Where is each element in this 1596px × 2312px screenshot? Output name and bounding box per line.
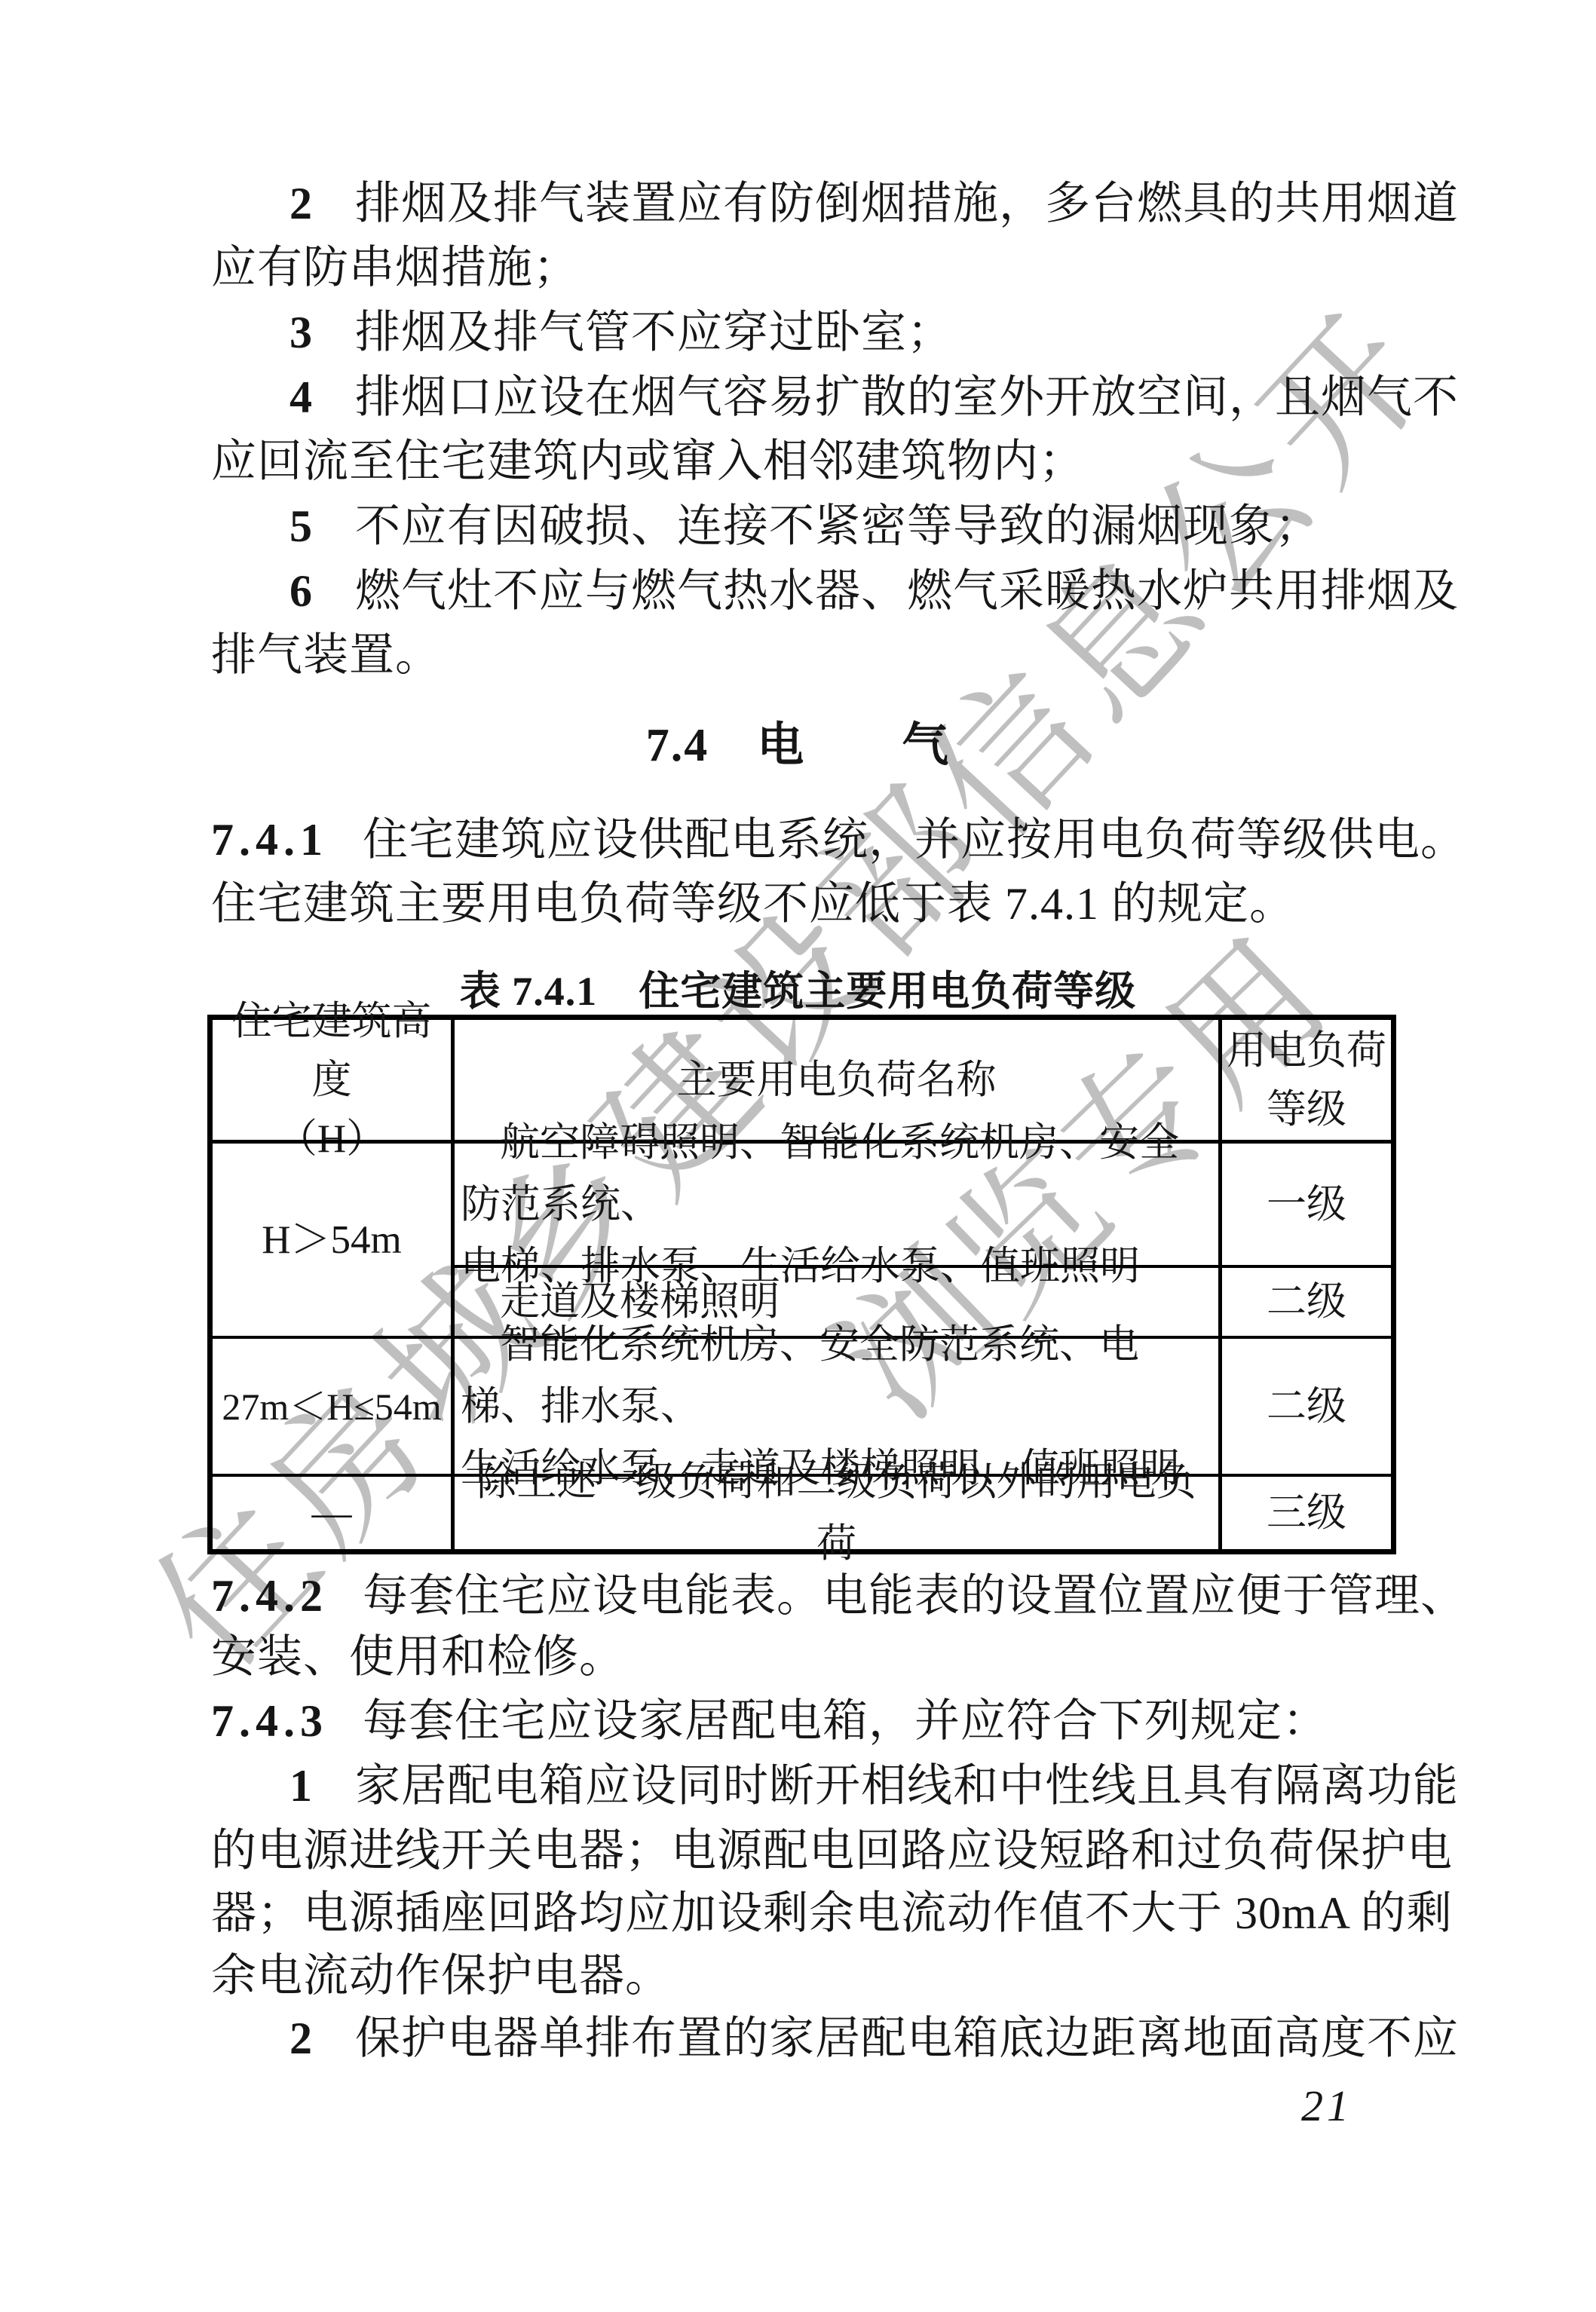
table-cell-level-r4: 三级: [1218, 1474, 1391, 1549]
clause-text: 住宅建筑主要用电负荷等级不应低于表 7.4.1 的规定。: [211, 879, 1295, 929]
clause-number: 5: [289, 501, 313, 551]
clause-741-line-1: 7.4.1住宅建筑应设供配电系统，并应按用电负荷等级供电。: [211, 813, 1466, 866]
table-cell-load-r4: 除上述一级负荷和二级负荷以外的用电负荷: [451, 1474, 1218, 1549]
clause-4-line-2: 应回流至住宅建筑内或窜入相邻建筑物内；: [211, 435, 1085, 488]
clause-text: 器；电源插座回路均应加设剩余电流动作值不大于 30mA 的剩: [211, 1888, 1453, 1938]
clause-6-line-2: 排气装置。: [211, 629, 441, 681]
clause-text: 每套住宅应设电能表。电能表的设置位置应便于管理、: [363, 1571, 1466, 1621]
clause-text: 的电源进线开关电器；电源配电回路应设短路和过负荷保护电: [211, 1826, 1453, 1876]
clause-text: 燃气灶不应与燃气热水器、燃气采暖热水炉共用排烟及: [355, 566, 1459, 616]
clause-743-2-line-1: 2保护电器单排布置的家居配电箱底边距离地面高度不应: [211, 2012, 1459, 2065]
clause-text: 每套住宅应设家居配电箱，并应符合下列规定：: [363, 1696, 1328, 1746]
clause-743-1-line-4: 余电流动作保护电器。: [211, 1949, 671, 2002]
clause-number: 2: [289, 2013, 313, 2063]
load-grade-table: 住宅建筑高度 （H） 主要用电负荷名称 用电负荷 等级 H＞54m 航空障碍照明…: [207, 1015, 1396, 1554]
clause-number: 6: [289, 566, 313, 616]
clause-text: 排烟口应设在烟气容易扩散的室外开放空间，且烟气不: [355, 372, 1459, 422]
page-number: 21: [1301, 2081, 1352, 2131]
clause-text: 安装、使用和检修。: [211, 1632, 625, 1682]
clause-number: 1: [289, 1761, 313, 1811]
document-page: 住房城乡建设部信息公开 浏览专用 2排烟及排气装置应有防倒烟措施，多台燃具的共用…: [0, 0, 1596, 2312]
table-cell-level-r1: 一级: [1218, 1140, 1391, 1265]
clause-text: 不应有因破损、连接不紧密等导致的漏烟现象；: [355, 501, 1321, 551]
clause-text: 保护电器单排布置的家居配电箱底边距离地面高度不应: [355, 2013, 1459, 2063]
clause-3-line-1: 3排烟及排气管不应穿过卧室；: [211, 306, 953, 359]
clause-text: 余电流动作保护电器。: [211, 1951, 671, 2001]
clause-text: 排烟及排气管不应穿过卧室；: [355, 308, 953, 357]
clause-4-line-1: 4排烟口应设在烟气容易扩散的室外开放空间，且烟气不: [211, 371, 1459, 424]
clause-text: 家居配电箱应设同时断开相线和中性线且具有隔离功能: [355, 1761, 1459, 1811]
clause-742-line-1: 7.4.2每套住宅应设电能表。电能表的设置位置应便于管理、: [211, 1569, 1466, 1622]
clause-743-1-line-3: 器；电源插座回路均应加设剩余电流动作值不大于 30mA 的剩: [211, 1887, 1453, 1940]
table-cell-height-27to54: 27m＜H≤54m: [213, 1336, 451, 1474]
table-header-building-height: 住宅建筑高度 （H）: [213, 1020, 451, 1140]
table-cell-level-r3: 二级: [1218, 1336, 1391, 1474]
table-cell-level-r2: 二级: [1218, 1265, 1391, 1336]
clause-743-1-line-2: 的电源进线开关电器；电源配电回路应设短路和过负荷保护电: [211, 1824, 1453, 1877]
section-heading: 7.4 电 气: [0, 707, 1596, 774]
table-cell-height-dash: —: [213, 1474, 451, 1549]
table-cell-height-gt54: H＞54m: [213, 1140, 451, 1336]
clause-text: 应有防串烟措施；: [211, 243, 579, 292]
clause-label: 7.4.3: [211, 1696, 328, 1746]
clause-text: 应回流至住宅建筑内或窜入相邻建筑物内；: [211, 436, 1085, 486]
clause-label: 7.4.2: [211, 1571, 328, 1621]
clause-743-1-line-1: 1家居配电箱应设同时断开相线和中性线且具有隔离功能: [211, 1759, 1459, 1812]
clause-5-line-1: 5不应有因破损、连接不紧密等导致的漏烟现象；: [211, 500, 1321, 553]
clause-number: 4: [289, 372, 313, 422]
clause-text: 排气装置。: [211, 630, 441, 680]
clause-2-line-2: 应有防串烟措施；: [211, 241, 579, 294]
table-cell-load-r1: 航空障碍照明、智能化系统机房、安全防范系统、 电梯、排水泵、生活给水泵、值班照明: [451, 1140, 1218, 1265]
table-header-load-grade: 用电负荷 等级: [1218, 1020, 1391, 1140]
clause-text: 住宅建筑应设供配电系统，并应按用电负荷等级供电。: [363, 815, 1466, 865]
clause-label: 7.4.1: [211, 815, 328, 865]
clause-text: 排烟及排气装置应有防倒烟措施，多台燃具的共用烟道: [355, 179, 1459, 228]
clause-number: 2: [289, 179, 313, 228]
clause-number: 3: [289, 308, 313, 357]
clause-2-line-1: 2排烟及排气装置应有防倒烟措施，多台燃具的共用烟道: [211, 177, 1459, 230]
clause-742-line-2: 安装、使用和检修。: [211, 1631, 625, 1683]
clause-741-line-2: 住宅建筑主要用电负荷等级不应低于表 7.4.1 的规定。: [211, 877, 1295, 930]
clause-6-line-1: 6燃气灶不应与燃气热水器、燃气采暖热水炉共用排烟及: [211, 565, 1459, 617]
clause-743-line-1: 7.4.3每套住宅应设家居配电箱，并应符合下列规定：: [211, 1695, 1328, 1747]
